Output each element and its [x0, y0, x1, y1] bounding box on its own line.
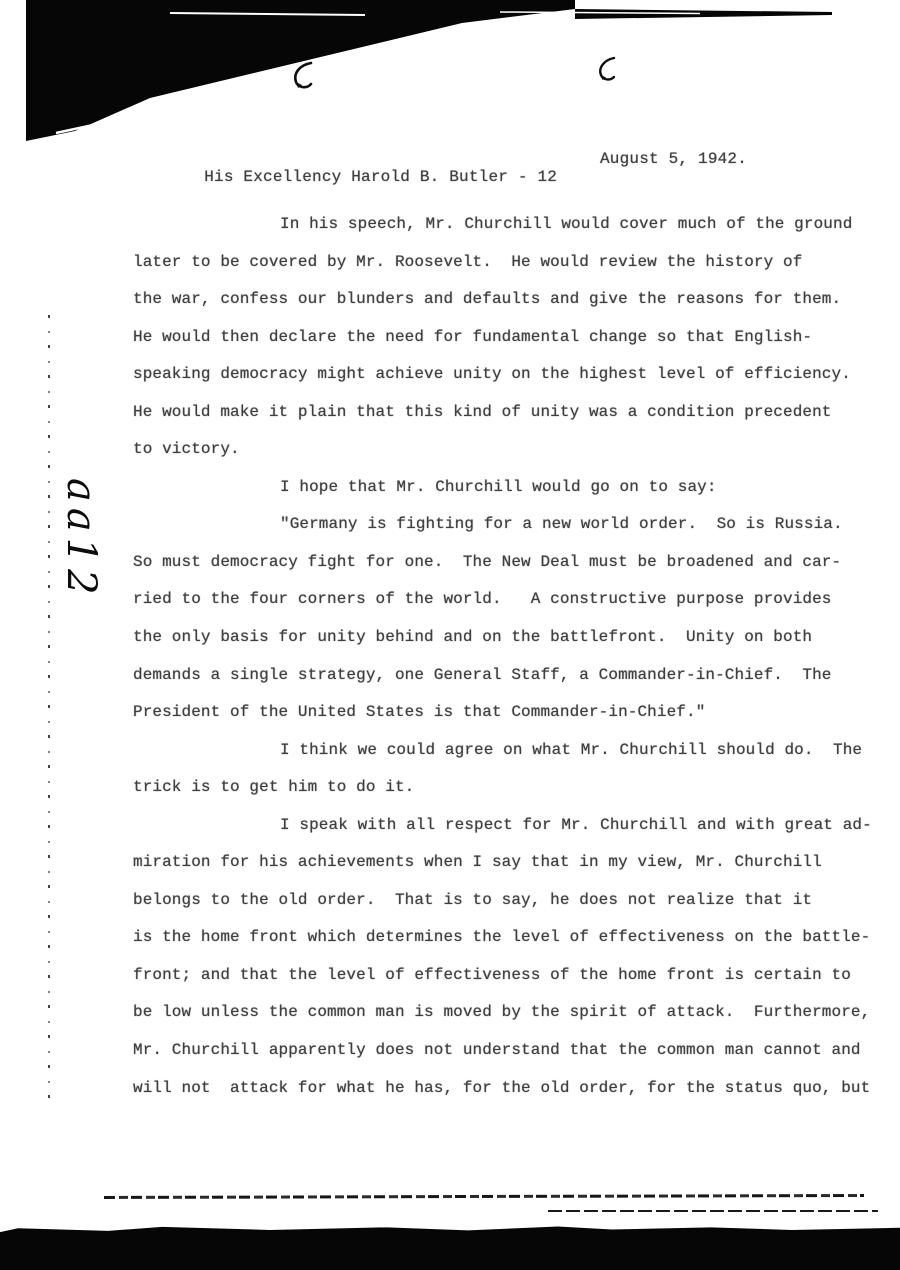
- scan-artifact-dotted-line: [48, 315, 50, 1105]
- text-line: So must democracy fight for one. The New…: [133, 544, 873, 582]
- text-line: is the home front which determines the l…: [133, 919, 873, 957]
- text-line: He would then declare the need for funda…: [133, 319, 873, 357]
- scan-artifact-line: [104, 1194, 864, 1199]
- scan-artifact-line: [548, 1210, 878, 1212]
- text-line: I hope that Mr. Churchill would go on to…: [133, 469, 873, 507]
- text-line: demands a single strategy, one General S…: [133, 657, 873, 695]
- handwritten-margin-note: aa12: [58, 478, 104, 601]
- text-line: will not attack for what he has, for the…: [133, 1070, 873, 1108]
- text-line: later to be covered by Mr. Roosevelt. He…: [133, 244, 873, 282]
- scan-artifact-band: [0, 1226, 900, 1270]
- text-line: ried to the four corners of the world. A…: [133, 581, 873, 619]
- text-line: the war, confess our blunders and defaul…: [133, 281, 873, 319]
- text-line: the only basis for unity behind and on t…: [133, 619, 873, 657]
- pen-stroke-icon: [290, 60, 320, 94]
- text-line: He would make it plain that this kind of…: [133, 394, 873, 432]
- text-line: speaking democracy might achieve unity o…: [133, 356, 873, 394]
- text-line: President of the United States is that C…: [133, 694, 873, 732]
- pen-stroke-icon: [596, 56, 622, 86]
- text-line: to victory.: [133, 431, 873, 469]
- body-text: In his speech, Mr. Churchill would cover…: [133, 206, 873, 1107]
- text-line: be low unless the common man is moved by…: [133, 994, 873, 1032]
- header-addressee-page: His Excellency Harold B. Butler - 12: [204, 168, 557, 186]
- text-line: trick is to get him to do it.: [133, 769, 873, 807]
- scan-artifact-corner: [0, 0, 900, 160]
- header-date: August 5, 1942.: [600, 150, 747, 168]
- text-line: Mr. Churchill apparently does not unders…: [133, 1032, 873, 1070]
- text-line: belongs to the old order. That is to say…: [133, 882, 873, 920]
- scanned-document-page: aa12 His Excellency Harold B. Butler - 1…: [0, 0, 900, 1270]
- text-line: miration for his achievements when I say…: [133, 844, 873, 882]
- text-line: In his speech, Mr. Churchill would cover…: [133, 206, 873, 244]
- page-header: His Excellency Harold B. Butler - 12 Aug…: [165, 150, 865, 172]
- text-line: "Germany is fighting for a new world ord…: [133, 506, 873, 544]
- text-line: I speak with all respect for Mr. Churchi…: [133, 807, 873, 845]
- text-line: I think we could agree on what Mr. Churc…: [133, 732, 873, 770]
- text-line: front; and that the level of effectivene…: [133, 957, 873, 995]
